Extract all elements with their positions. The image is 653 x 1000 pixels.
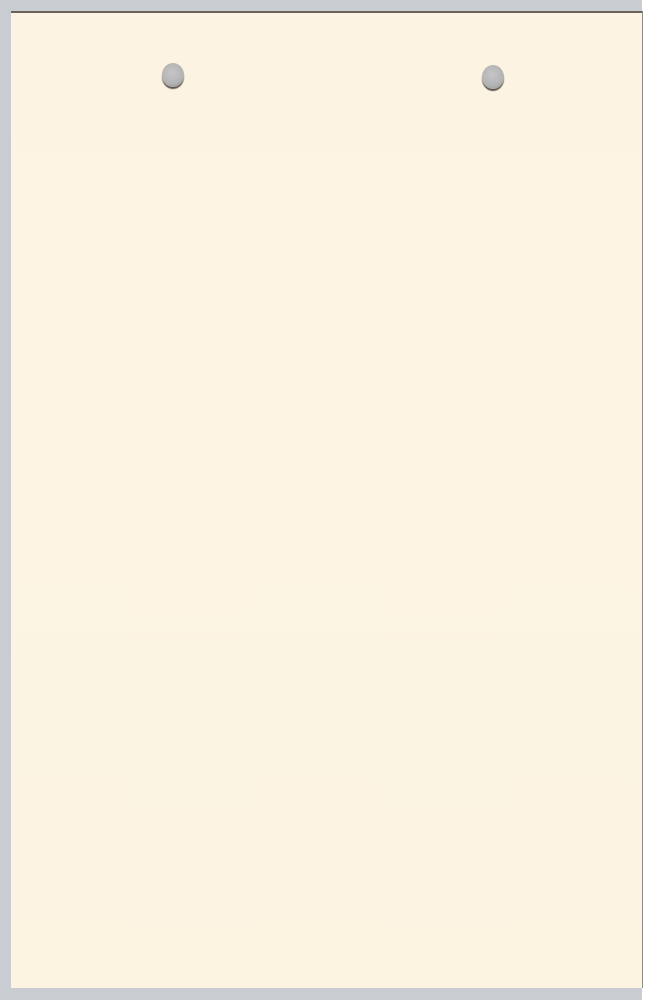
scan-margin — [642, 0, 653, 1000]
paper-sheet — [11, 11, 642, 988]
punch-hole-right — [482, 65, 504, 89]
punch-hole-left — [162, 63, 184, 87]
